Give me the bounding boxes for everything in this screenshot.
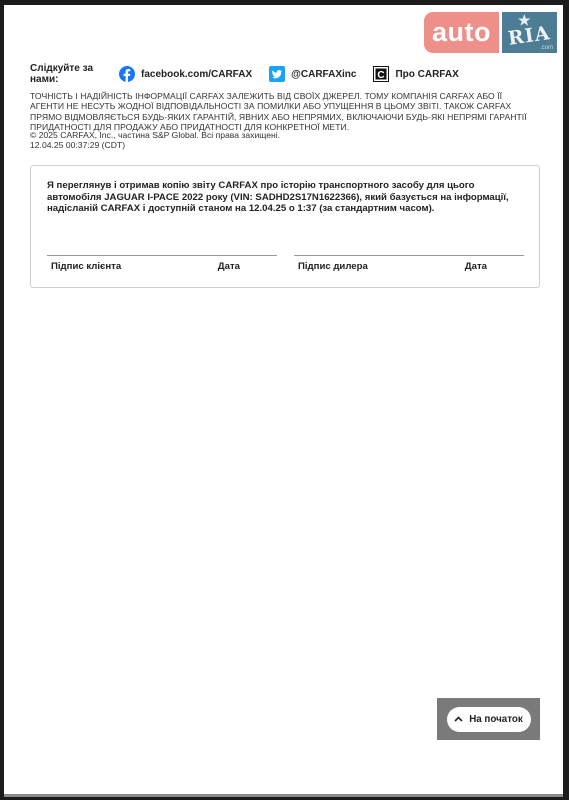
carfax-icon: C [373,66,389,82]
dealer-date-label: Дата [465,261,487,272]
follow-us-row: Слідкуйте за нами: facebook.com/CARFAX @… [30,63,543,85]
svg-text:C: C [378,70,385,81]
twitter-link[interactable]: @CARFAXinc [269,66,356,82]
back-to-top-button[interactable]: На початок [447,707,531,732]
autoria-watermark-logo: auto ★ RIA .com [424,12,557,53]
disclaimer-text: Точність і надійність інформації CARFAX … [30,91,535,132]
customer-signature-label: Підпис клієнта [51,261,121,272]
back-to-top-label: На початок [469,714,523,725]
customer-date-label: Дата [218,261,240,272]
facebook-link-label: facebook.com/CARFAX [141,69,252,80]
facebook-link[interactable]: facebook.com/CARFAX [119,66,252,82]
dealer-signature-label: Підпис дилера [298,261,368,272]
copyright-text: © 2025 CARFAX, Inc., частина S&P Global.… [30,130,280,140]
twitter-icon [269,66,285,82]
back-to-top-container: На початок [437,698,540,740]
copyright-block: © 2025 CARFAX, Inc., частина S&P Global.… [30,130,280,150]
customer-signature-line: Підпис клієнта Дата [47,255,277,272]
acknowledgement-text: Я переглянув і отримав копію звіту CARFA… [47,180,527,215]
logo-auto-part: auto [424,12,499,53]
about-carfax-link[interactable]: C Про CARFAX [373,66,458,82]
follow-label: Слідкуйте за нами: [30,63,110,85]
dealer-signature-line: Підпис дилера Дата [294,255,524,272]
chevron-up-icon [454,716,463,722]
logo-ria-suffix: .com [540,45,553,51]
acknowledgement-card: Я переглянув і отримав копію звіту CARFA… [30,165,540,288]
twitter-link-label: @CARFAXinc [291,69,356,80]
logo-ria-part: ★ RIA .com [502,12,557,53]
page-bottom-edge [4,794,563,797]
report-page: auto ★ RIA .com Слідкуйте за нами: faceb… [4,5,563,797]
report-timestamp: 12.04.25 00:37:29 (CDT) [30,140,280,150]
facebook-icon [119,66,135,82]
about-carfax-link-label: Про CARFAX [395,69,458,80]
